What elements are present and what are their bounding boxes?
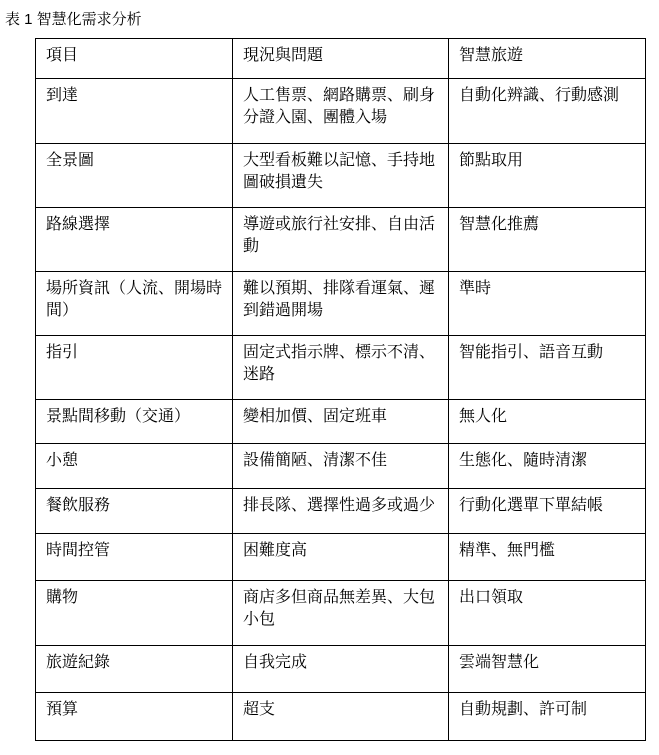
table-row: 餐飲服務 排長隊、選擇性過多或過少 行動化選單下單結帳 [36, 489, 646, 534]
cell-current: 人工售票、網路購票、刷身分證入園、團體入場 [233, 79, 449, 144]
requirements-table: 項目 現況與問題 智慧旅遊 到達 人工售票、網路購票、刷身分證入園、團體入場 自… [35, 38, 646, 741]
table-header-row: 項目 現況與問題 智慧旅遊 [36, 39, 646, 79]
column-header-item: 項目 [36, 39, 233, 79]
table-row: 指引 固定式指示牌、標示不清、迷路 智能指引、語音互動 [36, 336, 646, 400]
table-row: 預算 超支 自動規劃、許可制 [36, 693, 646, 741]
table-row: 時間控管 困難度高 精準、無門檻 [36, 534, 646, 581]
table-row: 小憩 設備簡陋、清潔不佳 生態化、隨時清潔 [36, 444, 646, 489]
cell-item: 路線選擇 [36, 208, 233, 272]
cell-item: 小憩 [36, 444, 233, 489]
document-page: 表 1 智慧化需求分析 項目 現況與問題 智慧旅遊 到達 人工售票、網路購票、刷… [0, 0, 659, 755]
cell-current: 設備簡陋、清潔不佳 [233, 444, 449, 489]
cell-smart: 準時 [449, 272, 646, 336]
table-row: 路線選擇 導遊或旅行社安排、自由活動 智慧化推薦 [36, 208, 646, 272]
cell-item: 預算 [36, 693, 233, 741]
cell-current: 難以預期、排隊看運氣、遲到錯過開場 [233, 272, 449, 336]
column-header-current: 現況與問題 [233, 39, 449, 79]
cell-item: 全景圖 [36, 144, 233, 208]
cell-smart: 自動規劃、許可制 [449, 693, 646, 741]
cell-smart: 無人化 [449, 400, 646, 444]
column-header-smart: 智慧旅遊 [449, 39, 646, 79]
cell-smart: 出口領取 [449, 581, 646, 646]
cell-smart: 自動化辨識、行動感測 [449, 79, 646, 144]
cell-current: 困難度高 [233, 534, 449, 581]
table-row: 購物 商店多但商品無差異、大包小包 出口領取 [36, 581, 646, 646]
cell-smart: 行動化選單下單結帳 [449, 489, 646, 534]
cell-current: 固定式指示牌、標示不清、迷路 [233, 336, 449, 400]
cell-current: 超支 [233, 693, 449, 741]
table-row: 全景圖 大型看板難以記憶、手持地圖破損遺失 節點取用 [36, 144, 646, 208]
cell-current: 大型看板難以記憶、手持地圖破損遺失 [233, 144, 449, 208]
cell-current: 排長隊、選擇性過多或過少 [233, 489, 449, 534]
cell-item: 時間控管 [36, 534, 233, 581]
cell-smart: 生態化、隨時清潔 [449, 444, 646, 489]
cell-item: 指引 [36, 336, 233, 400]
cell-smart: 智慧化推薦 [449, 208, 646, 272]
cell-current: 商店多但商品無差異、大包小包 [233, 581, 449, 646]
table-row: 景點間移動（交通） 變相加價、固定班車 無人化 [36, 400, 646, 444]
cell-item: 到達 [36, 79, 233, 144]
cell-smart: 節點取用 [449, 144, 646, 208]
cell-item: 景點間移動（交通） [36, 400, 233, 444]
cell-item: 旅遊紀錄 [36, 646, 233, 693]
table-row: 旅遊紀錄 自我完成 雲端智慧化 [36, 646, 646, 693]
table-row: 場所資訊（人流、開場時間） 難以預期、排隊看運氣、遲到錯過開場 準時 [36, 272, 646, 336]
cell-smart: 精準、無門檻 [449, 534, 646, 581]
cell-item: 購物 [36, 581, 233, 646]
table-row: 到達 人工售票、網路購票、刷身分證入園、團體入場 自動化辨識、行動感測 [36, 79, 646, 144]
cell-smart: 智能指引、語音互動 [449, 336, 646, 400]
cell-current: 導遊或旅行社安排、自由活動 [233, 208, 449, 272]
cell-smart: 雲端智慧化 [449, 646, 646, 693]
cell-item: 餐飲服務 [36, 489, 233, 534]
cell-current: 變相加價、固定班車 [233, 400, 449, 444]
cell-current: 自我完成 [233, 646, 449, 693]
table-caption: 表 1 智慧化需求分析 [5, 10, 142, 30]
cell-item: 場所資訊（人流、開場時間） [36, 272, 233, 336]
